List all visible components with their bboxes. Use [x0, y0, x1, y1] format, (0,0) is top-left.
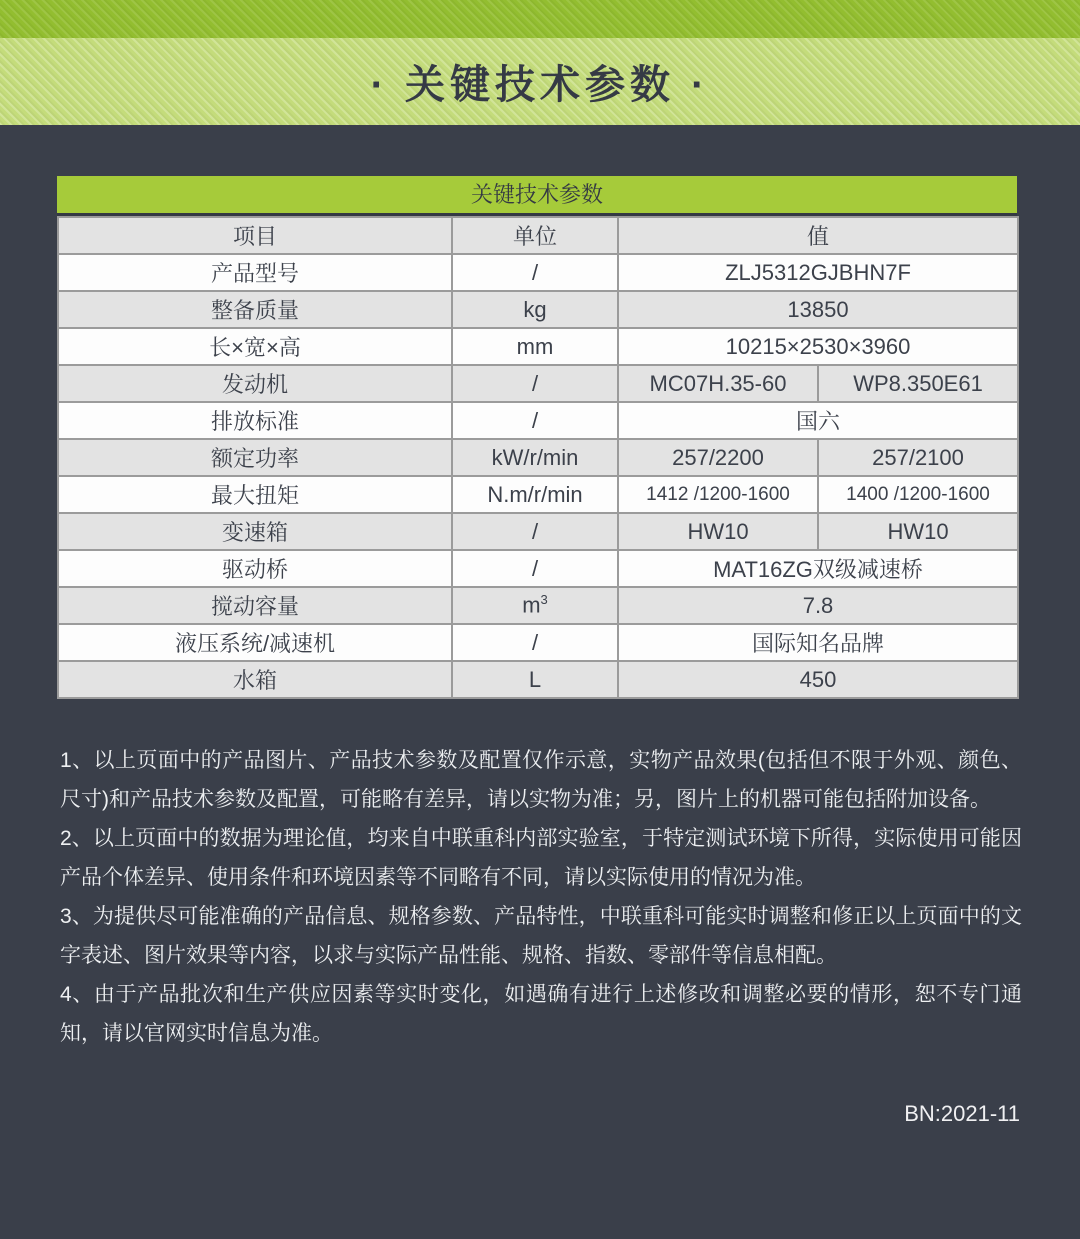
table-row: 整备质量kg13850	[58, 291, 1018, 328]
table-row: 液压系统/减速机/国际知名品牌	[58, 624, 1018, 661]
row-value-left: MC07H.35-60	[618, 365, 818, 402]
page-banner: · 关键技术参数 ·	[0, 0, 1080, 125]
table-header-row: 项目单位值	[58, 217, 1018, 254]
row-item-label: 长×宽×高	[58, 328, 452, 365]
row-item-label: 液压系统/减速机	[58, 624, 452, 661]
disclaimer-note: 2、以上页面中的数据为理论值，均来自中联重科内部实验室，于特定测试环境下所得，实…	[60, 819, 1022, 897]
row-item-label: 变速箱	[58, 513, 452, 550]
row-value: 7.8	[618, 587, 1018, 624]
table-row: 长×宽×高mm10215×2530×3960	[58, 328, 1018, 365]
row-unit: /	[452, 402, 618, 439]
table-row: 排放标准/国六	[58, 402, 1018, 439]
spec-table-title: 关键技术参数	[57, 176, 1017, 216]
row-item-label: 水箱	[58, 661, 452, 698]
row-unit: m3	[452, 587, 618, 624]
spec-table: 项目单位值产品型号/ZLJ5312GJBHN7F整备质量kg13850长×宽×高…	[57, 216, 1019, 699]
table-row: 产品型号/ZLJ5312GJBHN7F	[58, 254, 1018, 291]
row-unit: kg	[452, 291, 618, 328]
row-value-right: HW10	[818, 513, 1018, 550]
row-unit: L	[452, 661, 618, 698]
row-value-left: 257/2200	[618, 439, 818, 476]
table-row: 水箱L450	[58, 661, 1018, 698]
row-value: 国际知名品牌	[618, 624, 1018, 661]
header-item: 项目	[58, 217, 452, 254]
table-row: 搅动容量m37.8	[58, 587, 1018, 624]
row-unit: /	[452, 254, 618, 291]
row-value: ZLJ5312GJBHN7F	[618, 254, 1018, 291]
row-item-label: 整备质量	[58, 291, 452, 328]
table-row: 最大扭矩N.m/r/min1412 /1200-16001400 /1200-1…	[58, 476, 1018, 513]
row-unit: /	[452, 365, 618, 402]
header-value: 值	[618, 217, 1018, 254]
table-row: 发动机/MC07H.35-60WP8.350E61	[58, 365, 1018, 402]
row-value-right: 257/2100	[818, 439, 1018, 476]
row-unit: kW/r/min	[452, 439, 618, 476]
row-item-label: 搅动容量	[58, 587, 452, 624]
row-value-left: HW10	[618, 513, 818, 550]
row-value: 450	[618, 661, 1018, 698]
banner-main-stripe: · 关键技术参数 ·	[0, 38, 1080, 125]
table-row: 额定功率kW/r/min257/2200257/2100	[58, 439, 1018, 476]
row-value: 国六	[618, 402, 1018, 439]
spec-table-section: 关键技术参数 项目单位值产品型号/ZLJ5312GJBHN7F整备质量kg138…	[57, 176, 1017, 699]
row-item-label: 排放标准	[58, 402, 452, 439]
page-title: · 关键技术参数 ·	[371, 53, 710, 110]
banner-top-stripe	[0, 0, 1080, 38]
row-item-label: 额定功率	[58, 439, 452, 476]
bn-code: BN:2021-11	[0, 1101, 1080, 1127]
row-value: MAT16ZG双级减速桥	[618, 550, 1018, 587]
table-row: 变速箱/HW10HW10	[58, 513, 1018, 550]
row-value: 13850	[618, 291, 1018, 328]
row-unit: /	[452, 624, 618, 661]
row-value-left: 1412 /1200-1600	[618, 476, 818, 513]
row-unit: mm	[452, 328, 618, 365]
row-value-right: 1400 /1200-1600	[818, 476, 1018, 513]
row-unit: N.m/r/min	[452, 476, 618, 513]
row-value-right: WP8.350E61	[818, 365, 1018, 402]
superscript: 3	[541, 592, 548, 607]
disclaimer-notes: 1、以上页面中的产品图片、产品技术参数及配置仅作示意，实物产品效果(包括但不限于…	[60, 741, 1022, 1053]
header-unit: 单位	[452, 217, 618, 254]
row-value: 10215×2530×3960	[618, 328, 1018, 365]
row-item-label: 驱动桥	[58, 550, 452, 587]
table-row: 驱动桥/MAT16ZG双级减速桥	[58, 550, 1018, 587]
disclaimer-note: 1、以上页面中的产品图片、产品技术参数及配置仅作示意，实物产品效果(包括但不限于…	[60, 741, 1022, 819]
row-item-label: 最大扭矩	[58, 476, 452, 513]
row-item-label: 发动机	[58, 365, 452, 402]
disclaimer-note: 4、由于产品批次和生产供应因素等实时变化，如遇确有进行上述修改和调整必要的情形，…	[60, 975, 1022, 1053]
row-unit: /	[452, 550, 618, 587]
disclaimer-note: 3、为提供尽可能准确的产品信息、规格参数、产品特性，中联重科可能实时调整和修正以…	[60, 897, 1022, 975]
row-unit: /	[452, 513, 618, 550]
row-item-label: 产品型号	[58, 254, 452, 291]
